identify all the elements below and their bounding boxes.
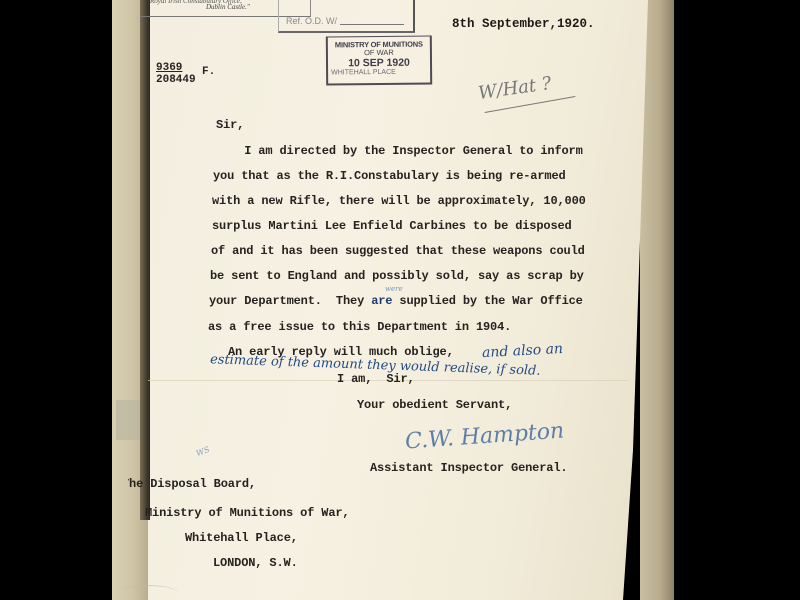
page-curl [118,585,178,600]
binding-shadow [140,0,150,520]
reference-box-line [340,24,404,25]
stamp-date: 10 SEP 1920 [328,57,430,70]
body-line-5: of and it has been suggested that these … [211,244,585,258]
stamp-line-4: WHITEHALL PLACE [328,69,430,77]
body-line-6: be sent to England and possibly sold, sa… [210,269,584,283]
reference-number-bottom: 208449 [156,74,196,86]
closing-line-1: I am, Sir, [337,372,415,386]
reference-number-top: 9369 [156,62,196,74]
body-line-2: you that as the R.I.Constabulary is bein… [213,169,566,183]
body-line-7: your Department. They are supplied by th… [209,294,583,308]
reference-suffix: F. [202,66,215,78]
letter-date: 8th September,1920. [452,17,595,31]
body-line-1: I am directed by the Inspector General t… [216,144,583,158]
reference-box-label: Ref. O.D. W/ [286,16,337,26]
received-stamp: MINISTRY OF MUNITIONS OF WAR 10 SEP 1920… [326,36,432,86]
signatory-title: Assistant Inspector General. [370,461,567,475]
right-page-edge [640,0,674,600]
salutation: Sir, [216,118,244,132]
struck-word: are [371,294,392,308]
addressee-line-4: LONDON, S.W. [213,556,298,570]
body-line-8: as a free issue to this Department in 19… [208,320,511,334]
body-line-7-end: supplied by the War Office [392,294,582,308]
body-line-4: surplus Martini Lee Enfield Carbines to … [212,219,572,233]
body-line-3: with a new Rifle, there will be approxim… [212,194,586,208]
letterhead-line-2: Dublin Castle." [206,3,250,11]
reference-number: 9369 208449 F. [156,62,196,86]
body-line-7-start: your Department. They [209,294,371,308]
underlying-page-stain [116,400,142,440]
addressee-line-1: The Disposal Board, [122,477,256,491]
closing-line-2: Your obedient Servant, [357,398,512,412]
handwritten-insert: were [385,285,403,293]
addressee-line-3: Whitehall Place, [185,531,298,545]
addressee-line-2: Ministry of Munitions of War, [145,506,349,520]
